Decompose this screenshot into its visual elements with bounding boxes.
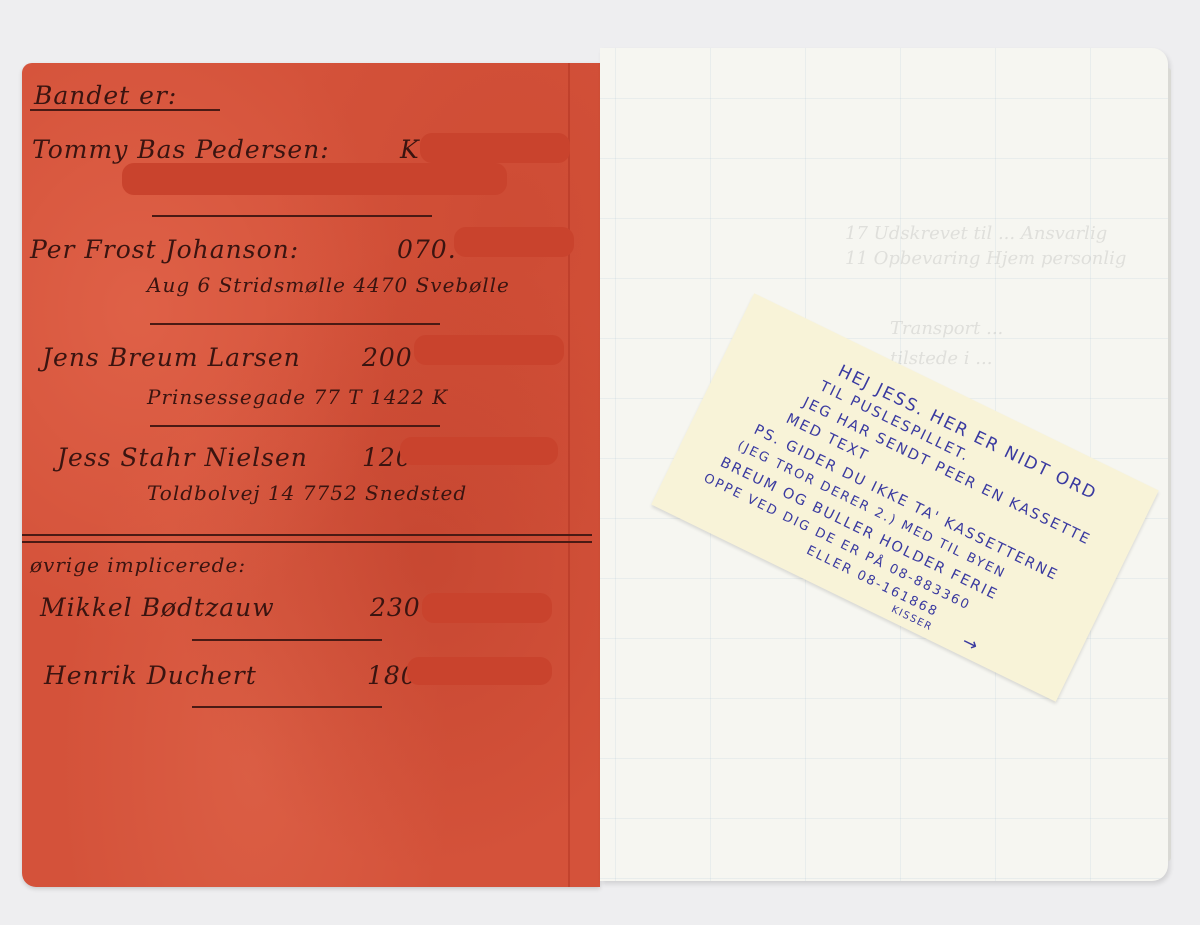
others-heading: øvrige implicerede: bbox=[30, 553, 246, 577]
section-divider bbox=[22, 534, 592, 536]
band-heading: Bandet er: bbox=[34, 81, 177, 110]
redaction bbox=[454, 227, 574, 257]
member-phone: K bbox=[400, 135, 420, 164]
section-divider bbox=[22, 541, 592, 543]
heading-underline bbox=[30, 109, 220, 111]
notebook-spread: Bandet er: Tommy Bas Pedersen: K Per Fro… bbox=[0, 0, 1200, 925]
member-phone: 200 bbox=[362, 343, 413, 372]
redaction bbox=[414, 335, 564, 365]
member-name: Tommy Bas Pedersen: bbox=[32, 135, 330, 164]
member-address: Toldbolvej 14 7752 Snedsted bbox=[147, 481, 467, 505]
show-through-text: 17 Udskrevet til ... Ansvarlig bbox=[845, 223, 1107, 244]
divider bbox=[152, 215, 432, 217]
member-address: Aug 6 Stridsmølle 4470 Svebølle bbox=[147, 273, 510, 297]
member-name: Jens Breum Larsen bbox=[42, 343, 301, 372]
divider bbox=[192, 639, 382, 641]
member-name: Per Frost Johanson: bbox=[30, 235, 299, 264]
redaction bbox=[400, 437, 558, 465]
show-through-text: Transport ... bbox=[890, 318, 1003, 339]
show-through-text: tilstede i ... bbox=[890, 348, 992, 369]
member-phone: 070. bbox=[397, 235, 457, 264]
cover-fold-line bbox=[568, 63, 570, 887]
redaction bbox=[407, 657, 552, 685]
redaction bbox=[422, 593, 552, 623]
other-name: Mikkel Bødtzauw bbox=[40, 593, 275, 622]
page-edges bbox=[1168, 68, 1171, 861]
arrow-icon: → bbox=[959, 631, 984, 657]
redaction bbox=[420, 133, 570, 163]
divider bbox=[150, 323, 440, 325]
divider bbox=[192, 706, 382, 708]
other-name: Henrik Duchert bbox=[44, 661, 257, 690]
member-address: Prinsessegade 77 T 1422 K bbox=[147, 385, 448, 409]
divider bbox=[150, 425, 440, 427]
redaction bbox=[122, 163, 507, 195]
other-phone: 230 bbox=[370, 593, 421, 622]
notebook-cover: Bandet er: Tommy Bas Pedersen: K Per Fro… bbox=[22, 63, 600, 887]
member-name: Jess Stahr Nielsen bbox=[57, 443, 308, 472]
show-through-text: 11 Opbevaring Hjem personlig bbox=[845, 248, 1126, 269]
